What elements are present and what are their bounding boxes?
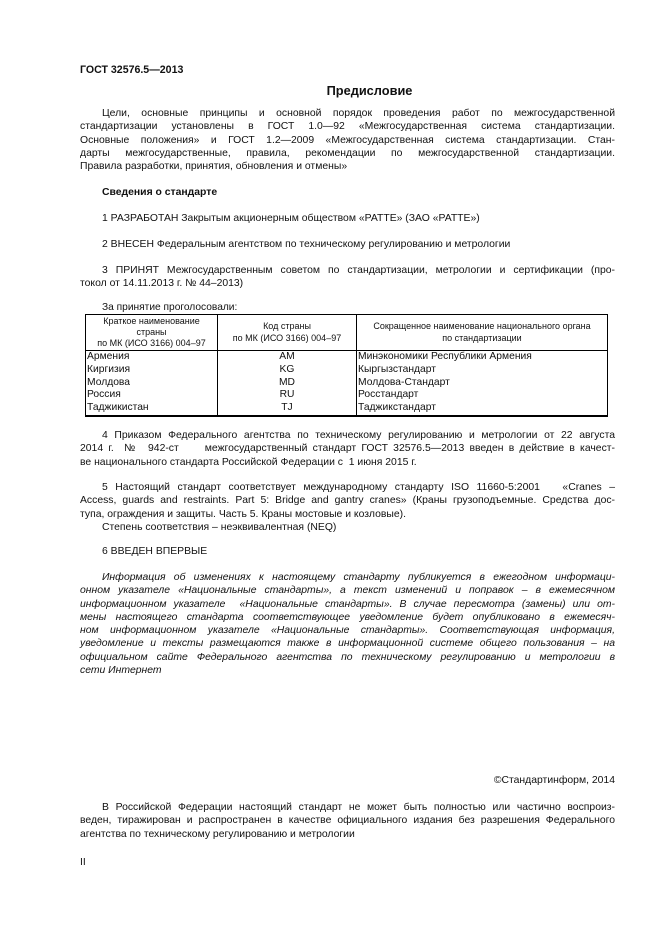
- notice-line: Информация об изменениях к настоящему ст…: [80, 571, 615, 584]
- item-3-line: 3 ПРИНЯТ Межгосударственным советом по с…: [80, 264, 615, 277]
- rights-paragraph: В Российской Федерации настоящий стандар…: [80, 801, 615, 841]
- country-cell: Молдова: [86, 377, 218, 390]
- item-5-line: 5 Настоящий стандарт соответствует между…: [80, 481, 615, 494]
- item-2-submitted: 2 ВНЕСЕН Федеральным агентством по техни…: [80, 238, 615, 251]
- copyright-notice: ©Стандартинформ, 2014: [494, 775, 615, 786]
- country-cell: Армения: [86, 351, 218, 364]
- notice-line: онном указателе «Национальные стандарты»…: [80, 584, 615, 597]
- item-3-line: токол от 14.11.2013 г. № 44–2013): [80, 277, 615, 290]
- item-5-correspondence: 5 Настоящий стандарт соответствует между…: [80, 481, 615, 534]
- header-country-name: Краткое наименование страны по МК (ИСО 3…: [86, 315, 218, 351]
- item-5-line: Access, guards and restraints. Part 5: B…: [80, 494, 615, 507]
- code-cell: KG: [218, 364, 357, 377]
- intro-line: Цели, основные принципы и основной поряд…: [80, 107, 615, 120]
- item-6-first-introduced: 6 ВВЕДЕН ВПЕРВЫЕ: [80, 545, 615, 558]
- intro-line: Основные положения» и ГОСТ 1.2—2009 «Меж…: [80, 134, 615, 147]
- body-cell: Кыргызстандарт: [357, 364, 608, 377]
- body-cell: Минэкономики Республики Армения: [357, 351, 608, 364]
- country-cell: Киргизия: [86, 364, 218, 377]
- notice-line: сети Интернет: [80, 664, 615, 677]
- page-title: Предисловие: [0, 83, 661, 98]
- code-cell: RU: [218, 389, 357, 402]
- intro-line: дарты межгосударственные, правила, реком…: [80, 147, 615, 160]
- item-4-line: ве национального стандарта Российской Фе…: [80, 456, 615, 469]
- item-5-line: тупа, ограждения и защиты. Часть 5. Кран…: [80, 508, 615, 521]
- intro-line: Правила разработки, принятия, обновления…: [80, 160, 615, 173]
- country-cell: Таджикистан: [86, 402, 218, 416]
- country-cell: Россия: [86, 389, 218, 402]
- item-4-line: 2014 г. № 942-ст межгосударственный стан…: [80, 442, 615, 455]
- notice-line: ном информационном указателе «Национальн…: [80, 624, 615, 637]
- table-row: Киргизия KG Кыргызстандарт: [86, 364, 608, 377]
- rights-line: веден, тиражирован и распространен в кач…: [80, 814, 615, 827]
- document-id: ГОСТ 32576.5—2013: [80, 64, 183, 76]
- code-cell: TJ: [218, 402, 357, 416]
- change-notice-paragraph: Информация об изменениях к настоящему ст…: [80, 571, 615, 677]
- body-cell: Росстандарт: [357, 389, 608, 402]
- code-cell: MD: [218, 377, 357, 390]
- table-row: Армения AM Минэкономики Республики Армен…: [86, 351, 608, 364]
- voted-label: За принятие проголосовали:: [80, 301, 615, 314]
- rights-line: агентства по техническому регулированию …: [80, 828, 615, 841]
- body-cell: Таджикстандарт: [357, 402, 608, 416]
- code-cell: AM: [218, 351, 357, 364]
- header-national-body: Сокращенное наименование национального о…: [357, 315, 608, 351]
- item-3-adopted: 3 ПРИНЯТ Межгосударственным советом по с…: [80, 264, 615, 291]
- voting-table: Краткое наименование страны по МК (ИСО 3…: [85, 314, 608, 417]
- intro-line: стандартизации установлены в ГОСТ 1.0—92…: [80, 120, 615, 133]
- table-row: Молдова MD Молдова-Стандарт: [86, 377, 608, 390]
- table-row: Таджикистан TJ Таджикстандарт: [86, 402, 608, 416]
- standard-info-heading: Сведения о стандарте: [80, 186, 615, 199]
- item-4-order: 4 Приказом Федерального агентства по тех…: [80, 429, 615, 469]
- table-row: Россия RU Росстандарт: [86, 389, 608, 402]
- page-number: II: [80, 857, 86, 868]
- intro-paragraph: Цели, основные принципы и основной поряд…: [80, 107, 615, 173]
- notice-line: мены настоящего стандарта соответствующе…: [80, 611, 615, 624]
- conformity-degree: Степень соответствия – неэквивалентная (…: [80, 521, 615, 534]
- table-header-row: Краткое наименование страны по МК (ИСО 3…: [86, 315, 608, 351]
- notice-line: уведомление и тексты размещаются также в…: [80, 637, 615, 650]
- notice-line: информационном указателе «Национальные с…: [80, 598, 615, 611]
- header-country-code: Код страны по МК (ИСО 3166) 004–97: [218, 315, 357, 351]
- item-4-line: 4 Приказом Федерального агентства по тех…: [80, 429, 615, 442]
- body-cell: Молдова-Стандарт: [357, 377, 608, 390]
- notice-line: официальном сайте Федерального агентства…: [80, 651, 615, 664]
- rights-line: В Российской Федерации настоящий стандар…: [80, 801, 615, 814]
- item-1-developed: 1 РАЗРАБОТАН Закрытым акционерным общест…: [80, 212, 615, 225]
